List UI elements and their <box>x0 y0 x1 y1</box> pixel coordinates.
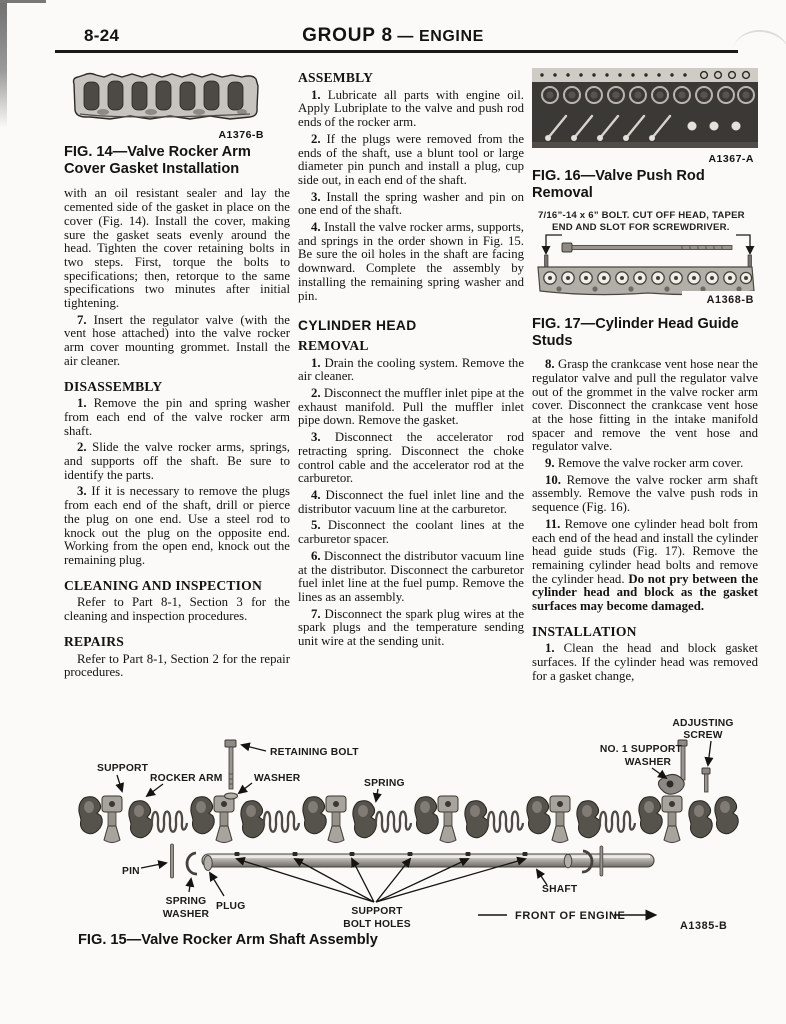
removal-step-8: 8. Grasp the crankcase vent hose near th… <box>532 358 758 454</box>
manual-page: 8-24 GROUP 8 — ENGINE <box>0 0 786 1024</box>
figure-14-caption: FIG. 14—Valve Rocker Arm Cover Gasket In… <box>64 144 290 178</box>
shaft-part <box>202 852 654 867</box>
group-header-main: GROUP 8 <box>302 25 393 46</box>
header-rule <box>55 50 738 53</box>
figure-17-note-line2: END AND SLOT FOR SCREWDRIVER. <box>538 222 730 233</box>
group-header-sub: — ENGINE <box>397 28 484 45</box>
installation-heading: INSTALLATION <box>532 625 758 639</box>
figure-14-code: A1376-B <box>64 129 264 143</box>
label-no1-support-washer-line1: NO. 1 SUPPORT <box>600 744 683 755</box>
valve-rocker-cover-drawing <box>70 70 262 124</box>
assembly-step: 4. Install the valve rocker arms, suppor… <box>298 221 524 303</box>
removal-step: 7. Disconnect the spark plug wires at th… <box>298 608 524 649</box>
disassembly-step: 3. If it is necessary to remove the plug… <box>64 485 290 567</box>
cylinder-head-heading: CYLINDER HEAD <box>298 319 524 333</box>
label-washer: WASHER <box>254 773 301 784</box>
figure-16-caption: FIG. 16—Valve Push Rod Removal <box>532 168 758 202</box>
front-of-engine-callout: FRONT OF ENGINE <box>478 910 655 922</box>
rocker-arm-row <box>79 796 738 843</box>
assembly-step: 1. Lubricate all parts with engine oil. … <box>298 89 524 130</box>
gasket-install-paragraph: with an oil resistant sealer and lay the… <box>64 187 290 310</box>
column-left: A1376-B FIG. 14—Valve Rocker Arm Cover G… <box>64 62 290 684</box>
installation-step-1: 1. Clean the head and block gasket surfa… <box>532 642 758 683</box>
removal-step-10: 10. Remove the valve rocker arm shaft as… <box>532 474 758 515</box>
scan-edge-left <box>0 0 7 128</box>
assembly-step: 3. Install the spring washer and pin on … <box>298 191 524 218</box>
label-spring-washer-line1: SPRING <box>166 896 207 907</box>
figure-17-note-line1: 7/16”-14 x 6” BOLT. CUT OFF HEAD, TAPER <box>538 210 745 221</box>
figure-17-caption: FIG. 17—Cylinder Head Guide Studs <box>532 316 758 350</box>
cleaning-text: Refer to Part 8-1, Section 3 for the cle… <box>64 596 290 623</box>
column-middle: ASSEMBLY 1. Lubricate all parts with eng… <box>298 62 524 684</box>
figure-17-caption-line1: FIG. 17—Cylinder Head Guide <box>532 316 739 332</box>
repairs-heading: REPAIRS <box>64 635 290 649</box>
figure-15-image: SUPPORT ROCKER ARM RETAINING BOLT WASHER… <box>0 716 786 934</box>
no1-support-washer-part <box>658 774 684 794</box>
column-right: A1367-A FIG. 16—Valve Push Rod Removal 7… <box>532 62 758 684</box>
removal-step: 6. Disconnect the distributor vacuum lin… <box>298 550 524 605</box>
figure-16-caption-line2: Removal <box>532 185 593 201</box>
figure-15-caption: FIG. 15—Valve Rocker Arm Shaft Assembly <box>78 932 378 948</box>
removal-step: 2. Disconnect the muffler inlet pipe at … <box>298 387 524 428</box>
label-shaft: SHAFT <box>542 884 578 895</box>
disassembly-step: 1. Remove the pin and spring washer from… <box>64 397 290 438</box>
label-support: SUPPORT <box>97 763 149 774</box>
label-no1-support-washer-line2: WASHER <box>625 757 672 768</box>
figure-16-caption-line1: FIG. 16—Valve Push Rod <box>532 168 705 184</box>
figure-17-note: 7/16”-14 x 6” BOLT. CUT OFF HEAD, TAPER … <box>532 210 758 233</box>
retaining-bolt-part <box>225 740 238 799</box>
label-retaining-bolt: RETAINING BOLT <box>270 747 359 758</box>
label-spring-washer-line2: WASHER <box>163 909 210 920</box>
removal-step: 1. Drain the cooling system. Remove the … <box>298 357 524 384</box>
label-pin: PIN <box>122 866 140 877</box>
assembly-step: 2. If the plugs were removed from the en… <box>298 133 524 188</box>
label-support-bolt-holes-line2: BOLT HOLES <box>343 919 411 930</box>
label-rocker-arm: ROCKER ARM <box>150 773 223 784</box>
cleaning-heading: CLEANING AND INSPECTION <box>64 579 290 593</box>
rocker-shaft-assembly-diagram: SUPPORT ROCKER ARM RETAINING BOLT WASHER… <box>0 716 786 934</box>
removal-heading: REMOVAL <box>298 339 524 353</box>
figure-14-image <box>70 70 290 128</box>
figure-17-image: 7/16”-14 x 6” BOLT. CUT OFF HEAD, TAPER … <box>532 210 758 313</box>
figure-16-image <box>532 68 758 152</box>
label-adjusting-screw-line2: SCREW <box>683 730 722 741</box>
cylinder-head-guide-studs-drawing: A1368-B <box>532 233 758 309</box>
text-columns: A1376-B FIG. 14—Valve Rocker Arm Cover G… <box>64 62 758 684</box>
assembly-heading: ASSEMBLY <box>298 71 524 85</box>
removal-step: 5. Disconnect the coolant lines at the c… <box>298 519 524 546</box>
label-plug: PLUG <box>216 901 245 912</box>
label-spring: SPRING <box>364 778 405 789</box>
figure-17-code: A1368-B <box>707 294 754 306</box>
group-header: GROUP 8 — ENGINE <box>0 25 786 47</box>
label-adjusting-screw-line1: ADJUSTING <box>672 718 733 729</box>
repairs-text: Refer to Part 8-1, Section 2 for the rep… <box>64 653 290 680</box>
install-step-7: 7. Insert the regulator valve (with the … <box>64 314 290 369</box>
figure-14-caption-line1: FIG. 14—Valve Rocker Arm <box>64 144 251 160</box>
figure-15-code: A1385-B <box>680 920 727 932</box>
label-front-of-engine: FRONT OF ENGINE <box>515 910 625 922</box>
figure-14-caption-line2: Cover Gasket Installation <box>64 161 239 177</box>
figure-16-code: A1367-A <box>532 153 754 167</box>
removal-step: 3. Disconnect the accelerator rod retrac… <box>298 431 524 486</box>
removal-step-11: 11. Remove one cylinder head bolt from e… <box>532 518 758 614</box>
removal-step-9: 9. Remove the valve rocker arm cover. <box>532 457 758 471</box>
disassembly-heading: DISASSEMBLY <box>64 380 290 394</box>
removal-step: 4. Disconnect the fuel inlet line and th… <box>298 489 524 516</box>
push-rod-photo <box>532 68 758 148</box>
figure-17-caption-line2: Studs <box>532 333 573 349</box>
label-support-bolt-holes-line1: SUPPORT <box>351 906 403 917</box>
disassembly-step: 2. Slide the valve rocker arms, springs,… <box>64 441 290 482</box>
scan-edge-top <box>0 0 46 3</box>
